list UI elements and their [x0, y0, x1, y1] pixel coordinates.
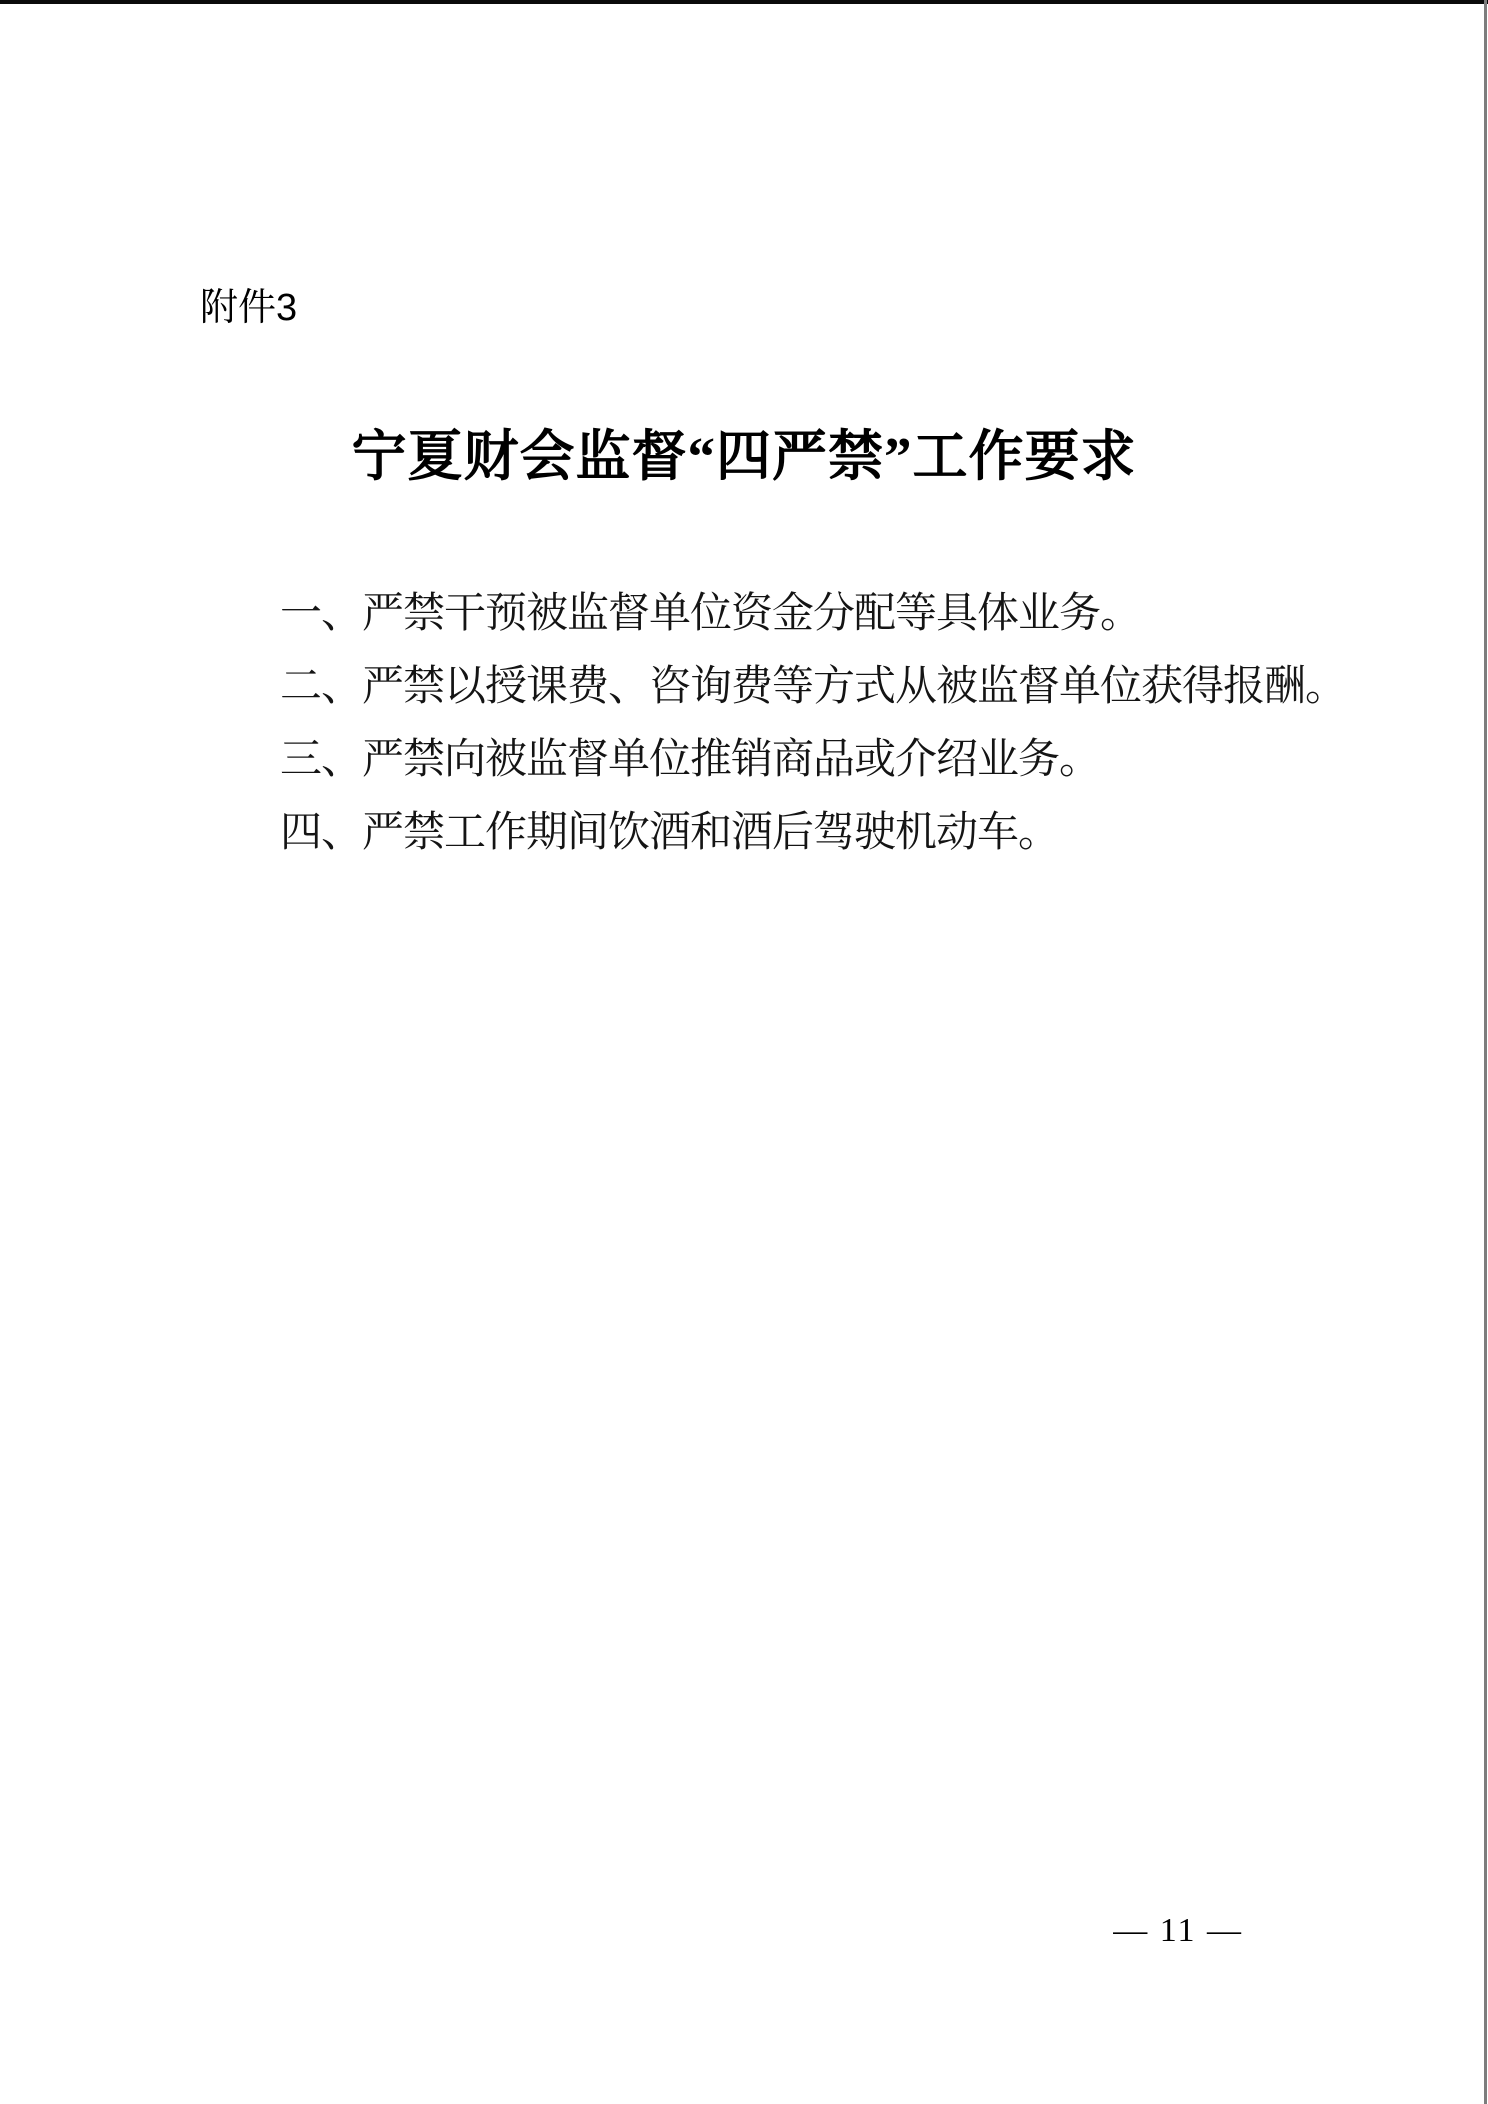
list-item-4: 四、严禁工作期间饮酒和酒后驾驶机动车。: [196, 797, 1338, 870]
attachment-label: 附件3: [200, 286, 297, 330]
list-item-3: 三、严禁向被监督单位推销商品或介绍业务。: [196, 724, 1338, 797]
list-item-2: 二、严禁以授课费、咨询费等方式从被监督单位获得报酬。: [196, 651, 1338, 724]
list-item-1: 一、严禁干预被监督单位资金分配等具体业务。: [196, 578, 1338, 651]
document-title: 宁夏财会监督“四严禁”工作要求: [0, 422, 1488, 492]
body-text: 一、严禁干预被监督单位资金分配等具体业务。 二、严禁以授课费、咨询费等方式从被监…: [196, 578, 1338, 870]
scan-artifact-right-edge-line: [1484, 0, 1487, 2104]
document-page: 附件3 宁夏财会监督“四严禁”工作要求 一、严禁干预被监督单位资金分配等具体业务…: [0, 0, 1488, 2104]
scan-artifact-top-strip: [0, 0, 1488, 4]
page-number: — 11 —: [1113, 1912, 1243, 1950]
